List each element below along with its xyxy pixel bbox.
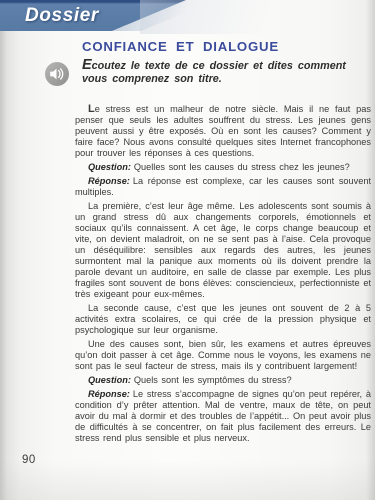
paragraph-text: La première, c’est leur âge même. Les ad… xyxy=(75,201,371,299)
page-number: 90 xyxy=(22,454,36,466)
answer-label: Réponse: xyxy=(88,176,130,186)
question-text: Quelles sont les causes du stress chez l… xyxy=(134,162,350,172)
instruction-lead-cap: E xyxy=(82,57,92,73)
question-label: Question: xyxy=(88,375,131,385)
paragraph: La seconde cause, c’est que les jeunes o… xyxy=(75,303,371,336)
paragraph-lead-cap: L xyxy=(88,103,95,115)
listening-instruction: Ecoutez le texte de ce dossier et dites … xyxy=(82,60,370,86)
paragraph: Le stress est un malheur de notre siècle… xyxy=(75,104,371,159)
paragraph-text: Une des causes sont, bien sûr, les exame… xyxy=(75,339,371,371)
question-text: Quels sont les symptômes du stress? xyxy=(134,375,292,385)
answer-block: Réponse:La réponse est complexe, car les… xyxy=(75,176,371,198)
speaker-audio-icon xyxy=(44,61,70,87)
answer-label: Réponse: xyxy=(88,389,130,399)
paragraph-text: e stress est un malheur de notre siècle.… xyxy=(75,104,371,158)
page-title: CONFIANCE ET DIALOGUE xyxy=(82,39,279,54)
question-label: Question: xyxy=(88,162,131,172)
paragraph: Une des causes sont, bien sûr, les exame… xyxy=(75,339,371,372)
dossier-banner-label: Dossier xyxy=(25,5,99,27)
answer-block: Réponse:Le stress s’accompagne de signes… xyxy=(75,389,371,444)
instruction-text: coutez le texte de ce dossier et dites c… xyxy=(82,60,346,85)
question-block: Question:Quels sont les symptômes du str… xyxy=(75,375,371,386)
question-block: Question:Quelles sont les causes du stre… xyxy=(75,162,371,173)
paragraph-text: La seconde cause, c’est que les jeunes o… xyxy=(75,303,371,335)
paragraph: La première, c’est leur âge même. Les ad… xyxy=(75,201,371,300)
scanned-textbook-page: { "colors": { "banner_blue": "#5b7da9", … xyxy=(0,0,375,500)
dossier-article-text: Le stress est un malheur de notre siècle… xyxy=(75,104,371,447)
